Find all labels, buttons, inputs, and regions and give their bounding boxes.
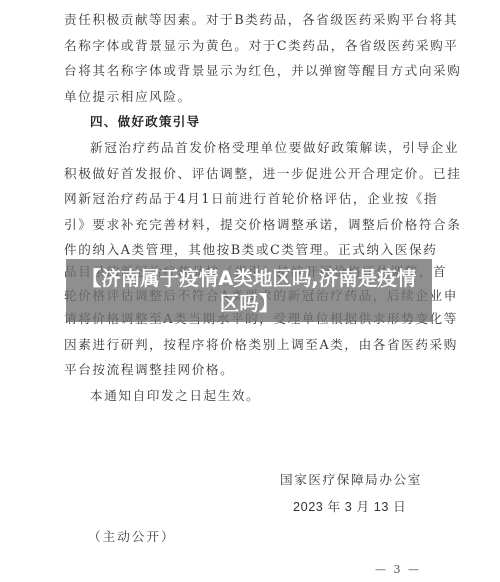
body-line: 件的纳入A类管理，其他按B类或C类管理。正式纳入医保药 xyxy=(64,242,437,258)
body-line: 单位提示相应风险。 xyxy=(64,89,437,105)
body-line: 责任积极贡献等因素。对于B类药品，各省级医药采购平台将其 xyxy=(64,12,437,28)
body-line: 网新冠治疗药品于4月1日前进行首轮价格评估，企业按《指 xyxy=(64,191,437,207)
body-line: 新冠治疗药品首发价格受理单位要做好政策解读，引导企业 xyxy=(90,140,437,156)
body-line: 平台按流程调整挂网价格。 xyxy=(64,362,437,378)
body-line: 积极做好首发报价、评估调整，进一步促进公开合理定价。已挂 xyxy=(64,166,437,182)
disclosure-label: （主动公开） xyxy=(88,529,176,545)
issue-date: 2023 年 3 月 13 日 xyxy=(293,499,406,515)
body-line: 名称字体或背景显示为黄色。对于C类药品，各省级医药采购平 xyxy=(64,38,437,54)
issuer-signature: 国家医疗保障局办公室 xyxy=(280,472,422,488)
body-line: 引》要求补充完善材料，提交价格调整承诺，调整后价格符合条 xyxy=(64,217,437,233)
page-number: — 3 — xyxy=(375,563,421,577)
body-line: 本通知自印发之日起生效。 xyxy=(90,388,437,404)
overlay-title: 【济南属于疫情A类地区吗,济南是疫情区吗】 xyxy=(74,266,424,316)
title-overlay-banner: 【济南属于疫情A类地区吗,济南是疫情区吗】 xyxy=(66,259,432,322)
body-line: 因素进行研判，按程序将价格类别上调至A类，由各省医药采购 xyxy=(64,337,437,353)
body-line: 台将其名称字体或背景显示为红色，并以弹窗等醒目方式向采购 xyxy=(64,63,437,79)
section-heading: 四、做好政策引导 xyxy=(90,114,200,130)
